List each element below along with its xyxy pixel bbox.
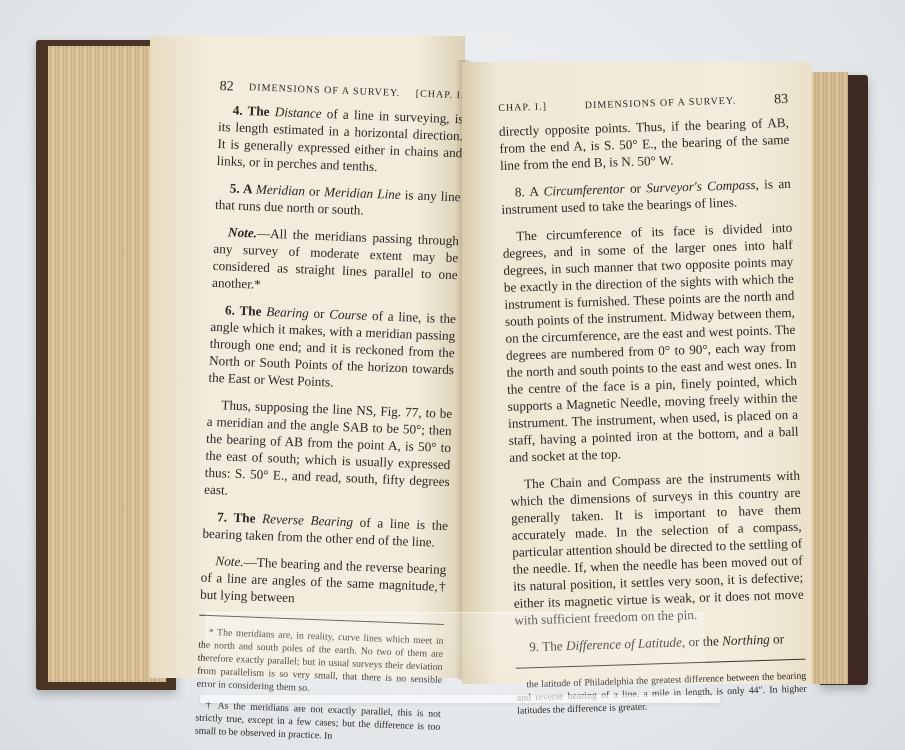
running-head: CHAP. I.] DIMENSIONS OF A SURVEY. 83 <box>498 91 788 117</box>
compass-description: The circumference of its face is divided… <box>502 219 799 466</box>
note-meridians: Note.—All the meridians passing through … <box>212 223 459 300</box>
paragraph-5: 5. A Meridian or Meridian Line is any li… <box>215 179 461 222</box>
page-edges-left <box>48 46 166 682</box>
chapter-mark: CHAP. I.] <box>498 98 547 117</box>
stand-base <box>200 695 720 703</box>
left-page: 82 DIMENSIONS OF A SURVEY. [CHAP. I. 4. … <box>150 36 465 678</box>
example-bearing: Thus, supposing the line NS, Fig. 77, to… <box>204 396 453 507</box>
paragraph-8: 8. A Circumferentor or Surveyor's Compas… <box>501 175 792 218</box>
acrylic-book-stand <box>205 612 705 708</box>
paragraph-7: 7. The Reverse Bearing of a line is the … <box>202 508 448 551</box>
paragraph-4: 4. The Distance of a line in surveying, … <box>217 101 464 178</box>
page-number: 82 <box>219 78 234 96</box>
running-head: 82 DIMENSIONS OF A SURVEY. [CHAP. I. <box>219 78 464 104</box>
paragraph-6: 6. The Bearing or Course of a line, is t… <box>208 301 456 395</box>
page-edges-right <box>808 72 848 684</box>
page-number: 83 <box>774 91 789 108</box>
running-head-title: DIMENSIONS OF A SURVEY. <box>585 93 737 115</box>
note-reverse-bearing: Note.—The bearing and the reverse bearin… <box>200 552 447 612</box>
paragraph-continued: directly opposite points. Thus, if the b… <box>499 114 790 174</box>
chain-and-compass: The Chain and Compass are the instrument… <box>510 467 805 629</box>
running-head-title: DIMENSIONS OF A SURVEY. <box>249 79 401 102</box>
right-page: CHAP. I.] DIMENSIONS OF A SURVEY. 83 dir… <box>462 62 812 684</box>
